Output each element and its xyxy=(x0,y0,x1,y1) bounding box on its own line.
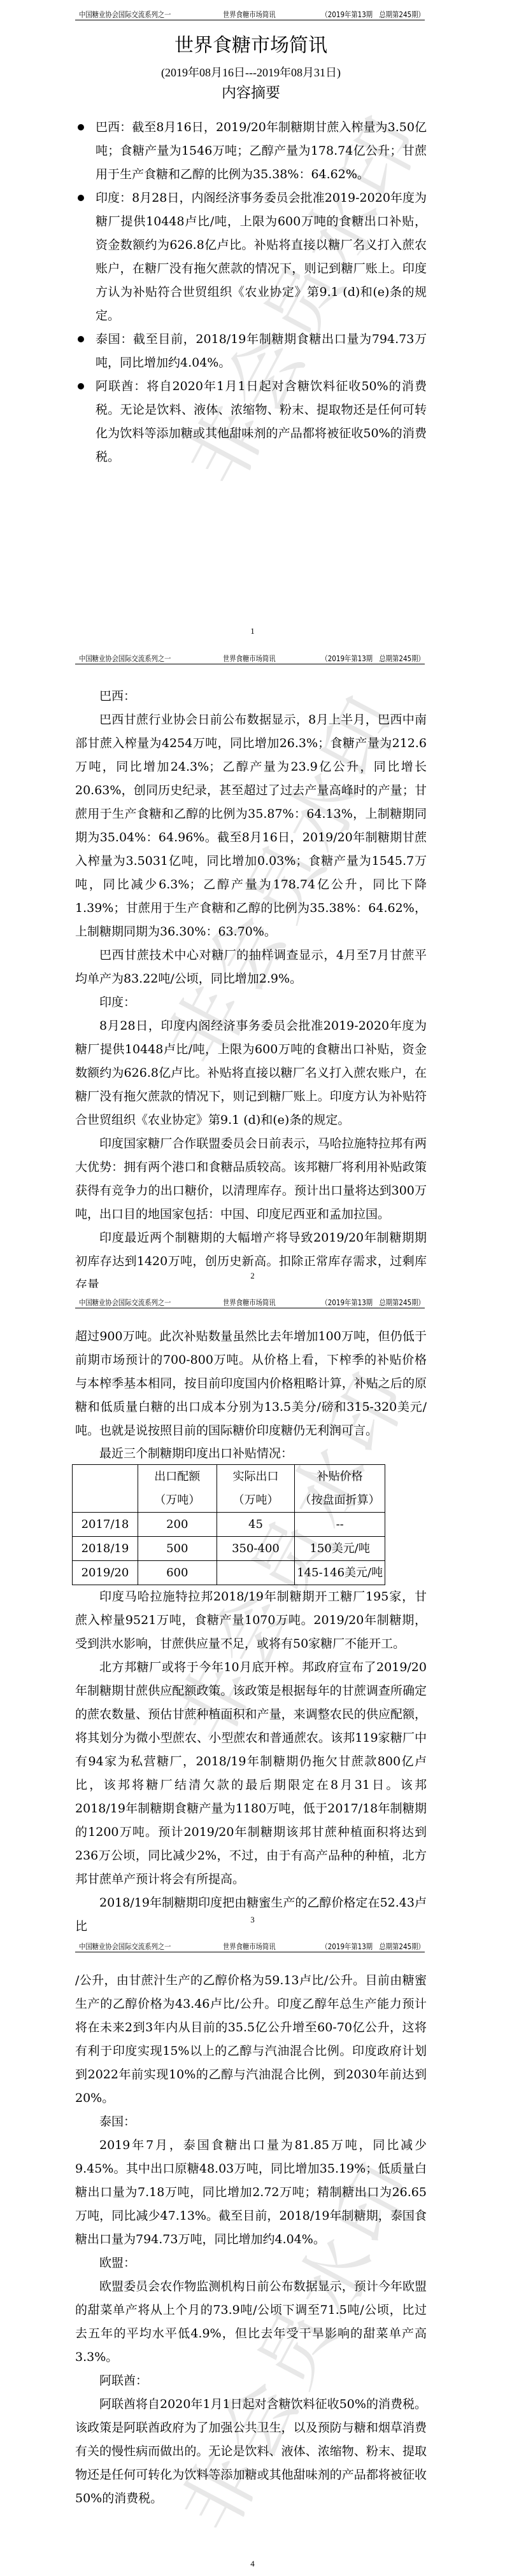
running-header: 中国糖业协会国际交流系列之一 世界食糖市场简讯 （2019年第13期 总期第24… xyxy=(75,653,425,664)
table-row: 2018/19 500 350-400 150美元/吨 xyxy=(73,1537,385,1561)
document-title: 世界食糖市场简讯 xyxy=(75,33,427,59)
bullet-icon xyxy=(78,383,84,389)
paragraph: 8月28日，印度内阁经济事务委员会批准2019-2020年度为糖厂提供10448… xyxy=(75,1014,427,1132)
paragraph: 2018/19年制糖期印度把由糖蜜生产的乙醇价格定在52.43卢比 xyxy=(75,1891,427,1932)
summary-item-uae: 阿联酋：将自2020年1月1日起对含糖饮料征收50%的消费税。无论是饮料、液体、… xyxy=(75,375,427,469)
paragraph: 巴西甘蔗行业协会日前公布数据显示，8月上半月，巴西中南部甘蔗入榨量为4254万吨… xyxy=(75,708,427,944)
header-publication: 世界食糖市场简讯 xyxy=(223,1297,276,1308)
paragraph: 2019年7月，泰国食糖出口量为81.85万吨，同比减少9.45%。其中出口原糖… xyxy=(75,2134,427,2251)
table-cell-actual: 45 xyxy=(217,1513,295,1537)
header-publication: 世界食糖市场简讯 xyxy=(223,1941,276,1952)
table-row: 2019/20 600 145-146美元/吨 xyxy=(73,1561,385,1585)
table-cell-actual: 350-400 xyxy=(217,1537,295,1561)
paragraph: 欧盟委员会农作物监测机构日前公布数据显示，预计今年欧盟的甜菜单产将从上个月的73… xyxy=(75,2275,427,2369)
header-publication: 世界食糖市场简讯 xyxy=(223,653,276,664)
summary-title: 内容摘要 xyxy=(75,83,427,103)
paragraph: 阿联酋将自2020年1月1日起对含糖饮料征收50%的消费税。该政策是阿联酋政府为… xyxy=(75,2393,427,2510)
header-publication: 世界食糖市场简讯 xyxy=(223,9,276,20)
table-cell-subsidy: -- xyxy=(295,1513,385,1537)
section-heading-uae: 阿联酋： xyxy=(75,2369,427,2393)
header-issue: （2019年第13期 总期第245期） xyxy=(322,9,425,20)
table-row: 2017/18 200 45 -- xyxy=(73,1513,385,1537)
header-series: 中国糖业协会国际交流系列之一 xyxy=(79,1941,171,1952)
table-cell-season: 2019/20 xyxy=(73,1561,138,1585)
table-cell-quota: 600 xyxy=(138,1561,217,1585)
header-rule xyxy=(75,20,425,20)
header-rule xyxy=(75,1952,425,1952)
paragraph: 印度最近两个制糖期的大幅增产将导致2019/20年制糖期期初库存达到1420万吨… xyxy=(75,1226,427,1288)
header-issue: （2019年第13期 总期第245期） xyxy=(322,653,425,664)
paragraph: 北方邦糖厂或将于今年10月底开榨。邦政府宣布了2019/20年制糖期甘蔗供应配额… xyxy=(75,1656,427,1891)
bullet-icon xyxy=(78,195,84,201)
table-cell-subsidy: 145-146美元/吨 xyxy=(295,1561,385,1585)
running-header: 中国糖业协会国际交流系列之一 世界食糖市场简讯 （2019年第13期 总期第24… xyxy=(75,9,425,20)
page-3-content: 超过900万吨。此次补贴数量虽然比去年增加100万吨，但仍低于前期市场预计的70… xyxy=(75,1325,427,1932)
section-heading-thailand: 泰国： xyxy=(75,2110,427,2134)
page-2-content: 巴西： 巴西甘蔗行业协会日前公布数据显示，8月上半月，巴西中南部甘蔗入榨量为42… xyxy=(75,685,427,1288)
page-1: 非会员水印 中国糖业协会国际交流系列之一 世界食糖市场简讯 （2019年第13期… xyxy=(0,0,505,644)
header-issue: （2019年第13期 总期第245期） xyxy=(322,1941,425,1952)
section-heading-india: 印度： xyxy=(75,991,427,1014)
page-2: 非会员水印 中国糖业协会国际交流系列之一 世界食糖市场简讯 （2019年第13期… xyxy=(0,644,505,1288)
paragraph: 巴西甘蔗技术中心对糖厂的抽样调查显示，4月至7月甘蔗平均单产为83.22吨/公顷… xyxy=(75,944,427,991)
header-series: 中国糖业协会国际交流系列之一 xyxy=(79,1297,171,1308)
table-cell-season: 2018/19 xyxy=(73,1537,138,1561)
table-header-cell: 出口配额（万吨） xyxy=(138,1465,217,1513)
summary-item-india: 印度：8月28日，内阁经济事务委员会批准2019-2020年度为糖厂提供1044… xyxy=(75,186,427,328)
table-cell-quota: 200 xyxy=(138,1513,217,1537)
header-series: 中国糖业协会国际交流系列之一 xyxy=(79,9,171,20)
table-header-cell: 实际出口（万吨） xyxy=(217,1465,295,1513)
paragraph: 印度国家糖厂合作联盟委员会日前表示，马哈拉施特拉邦有两大优势：拥有两个港口和食糖… xyxy=(75,1132,427,1226)
table-caption: 最近三个制糖期印度出口补贴情况： xyxy=(75,1443,427,1464)
table-header-row: 出口配额（万吨） 实际出口（万吨） 补贴价格（按盘面折算） xyxy=(73,1465,385,1513)
date-range: (2019年08月16日---2019年08月31日) xyxy=(75,64,427,81)
page-number: 1 xyxy=(0,626,505,636)
summary-item-thailand: 泰国：截至目前，2018/19年制糖期食糖出口量为794.73万吨，同比增加约4… xyxy=(75,328,427,375)
table-cell-actual xyxy=(217,1561,295,1585)
table-cell-subsidy: 150美元/吨 xyxy=(295,1537,385,1561)
header-rule xyxy=(75,664,425,664)
bullet-icon xyxy=(78,124,84,130)
table-cell-quota: 500 xyxy=(138,1537,217,1561)
paragraph: /公升，由甘蔗汁生产的乙醇价格为59.13卢比/公升。目前由糖蜜生产的乙醇价格为… xyxy=(75,1969,427,2110)
paragraph: 超过900万吨。此次补贴数量虽然比去年增加100万吨，但仍低于前期市场预计的70… xyxy=(75,1325,427,1443)
header-series: 中国糖业协会国际交流系列之一 xyxy=(79,653,171,664)
header-rule xyxy=(75,1308,425,1308)
table-header-cell: 补贴价格（按盘面折算） xyxy=(295,1465,385,1513)
summary-list: 巴西：截至8月16日，2019/20年制糖期甘蔗入榨量为3.50亿吨；食糖产量为… xyxy=(75,116,427,469)
page-number: 4 xyxy=(0,2559,505,2569)
section-heading-brazil: 巴西： xyxy=(75,685,427,708)
page-3: 非会员水印 中国糖业协会国际交流系列之一 世界食糖市场简讯 （2019年第13期… xyxy=(0,1288,505,1932)
paragraph: 印度马哈拉施特拉邦2018/19年制糖期开工糖厂195家，甘蔗入榨量9521万吨… xyxy=(75,1585,427,1656)
page-4: 非会员水印 中国糖业协会国际交流系列之一 世界食糖市场简讯 （2019年第13期… xyxy=(0,1932,505,2576)
table-cell-season: 2017/18 xyxy=(73,1513,138,1537)
running-header: 中国糖业协会国际交流系列之一 世界食糖市场简讯 （2019年第13期 总期第24… xyxy=(75,1297,425,1308)
header-issue: （2019年第13期 总期第245期） xyxy=(322,1297,425,1308)
summary-item-brazil: 巴西：截至8月16日，2019/20年制糖期甘蔗入榨量为3.50亿吨；食糖产量为… xyxy=(75,116,427,186)
page-4-content: /公升，由甘蔗汁生产的乙醇价格为59.13卢比/公升。目前由糖蜜生产的乙醇价格为… xyxy=(75,1969,427,2510)
page-1-content: 世界食糖市场简讯 (2019年08月16日---2019年08月31日) 内容摘… xyxy=(75,33,427,469)
table-header-cell xyxy=(73,1465,138,1513)
running-header: 中国糖业协会国际交流系列之一 世界食糖市场简讯 （2019年第13期 总期第24… xyxy=(75,1941,425,1952)
india-export-subsidy-table: 出口配额（万吨） 实际出口（万吨） 补贴价格（按盘面折算） 2017/18 20… xyxy=(72,1464,385,1585)
bullet-icon xyxy=(78,336,84,342)
section-heading-eu: 欧盟： xyxy=(75,2251,427,2275)
